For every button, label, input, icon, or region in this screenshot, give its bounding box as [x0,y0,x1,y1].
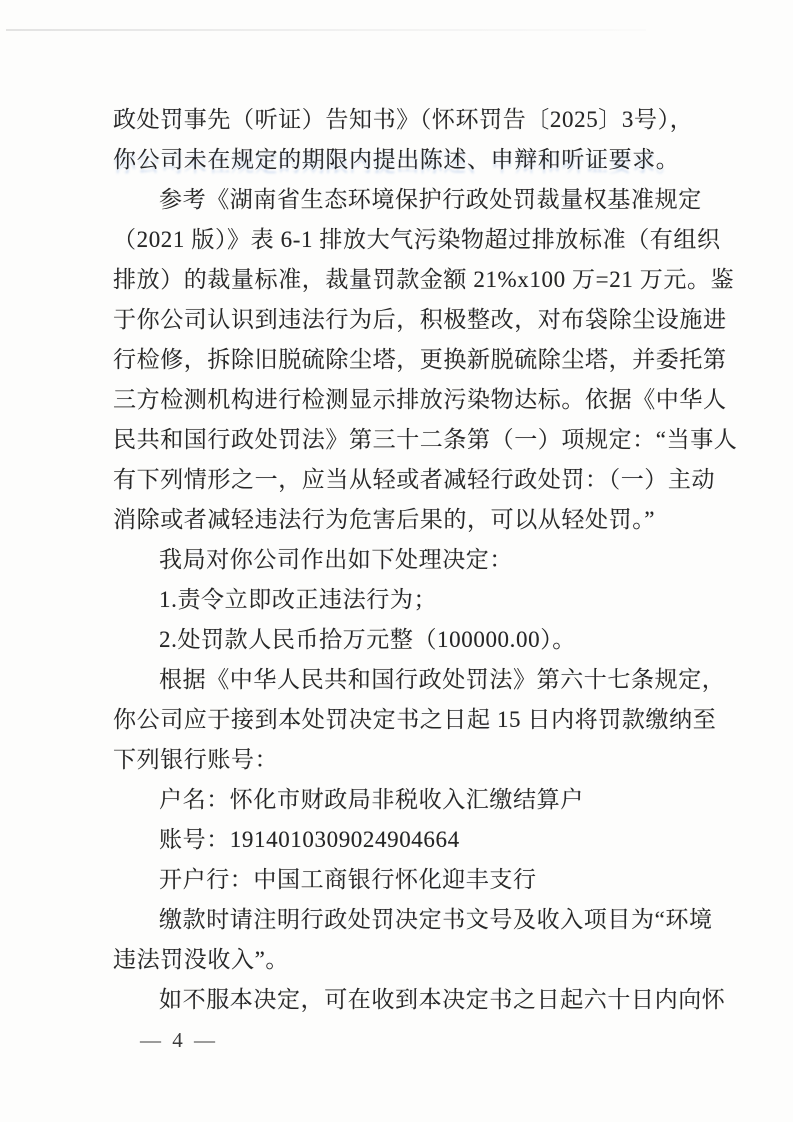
body-line: 消除或者减轻违法行为危害后果的，可以从轻处罚。” [113,500,691,540]
body-line: 下列银行账号： [113,740,691,780]
page-number: — 4 — [140,1028,218,1053]
body-line: 行检修，拆除旧脱硫除尘塔，更换新脱硫除尘塔，并委托第 [113,340,691,380]
body-line: 参考《湖南省生态环境保护行政处罚裁量权基准规定 [113,180,691,220]
body-line: 账号：1914010309024904664 [113,820,691,860]
body-line: 有下列情形之一，应当从轻或者减轻行政处罚：（一）主动 [113,460,691,500]
body-line: 三方检测机构进行检测显示排放污染物达标。依据《中华人 [113,380,691,420]
body-line: 你公司应于接到本处罚决定书之日起 15 日内将罚款缴纳至 [113,700,691,740]
body-line: 缴款时请注明行政处罚决定书文号及收入项目为“环境 [113,900,691,940]
body-line: 根据《中华人民共和国行政处罚法》第六十七条规定， [113,660,691,700]
body-line: 如不服本决定，可在收到本决定书之日起六十日内向怀 [113,980,691,1020]
body-line: 排放）的裁量标准，裁量罚款金额 21%x100 万=21 万元。鉴 [113,260,691,300]
body-line: 政处罚事先（听证）告知书》（怀环罚告〔2025〕3号）， [113,100,691,140]
body-line: 你公司未在规定的期限内提出陈述、申辩和听证要求。 [113,140,691,180]
body-line: 1.责令立即改正违法行为； [113,580,691,620]
document-page: 政处罚事先（听证）告知书》（怀环罚告〔2025〕3号）， 你公司未在规定的期限内… [0,0,793,1122]
body-line: 户名：怀化市财政局非税收入汇缴结算户 [113,780,691,820]
body-line: 我局对你公司作出如下处理决定： [113,540,691,580]
body-line: 于你公司认识到违法行为后，积极整改，对布袋除尘设施进 [113,300,691,340]
body-line: 违法罚没收入”。 [113,940,691,980]
body-line: （2021 版）》表 6-1 排放大气污染物超过排放标准（有组织 [113,220,691,260]
body-line: 2.处罚款人民币拾万元整（100000.00）。 [113,620,691,660]
body-line: 民共和国行政处罚法》第三十二条第（一）项规定：“当事人 [113,420,691,460]
body-line: 开户行：中国工商银行怀化迎丰支行 [113,860,691,900]
scan-artifact-line [6,29,646,31]
document-body: 政处罚事先（听证）告知书》（怀环罚告〔2025〕3号）， 你公司未在规定的期限内… [113,100,691,1020]
